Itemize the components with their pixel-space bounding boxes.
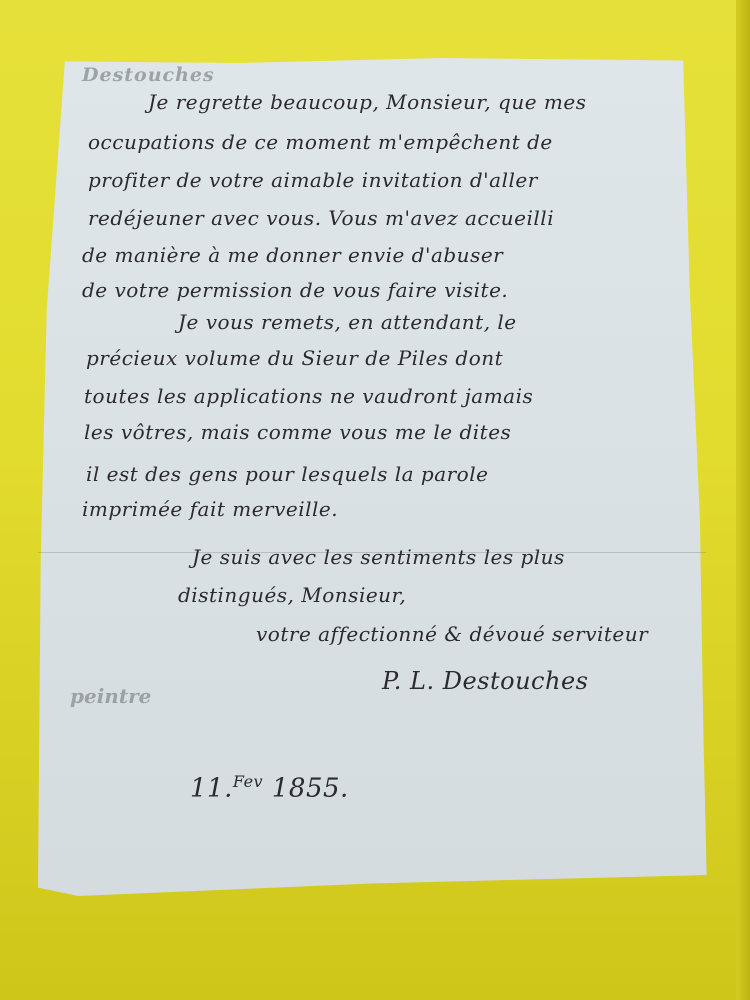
background-edge xyxy=(736,0,750,1000)
letter-line: de votre permission de vous faire visite… xyxy=(82,278,508,302)
date-month: Fev xyxy=(233,772,263,791)
pencil-annotation-name: Destouches xyxy=(82,64,215,86)
pencil-annotation-profession: peintre xyxy=(70,684,151,708)
closing-line: distingués, Monsieur, xyxy=(178,583,406,607)
date-day: 11. xyxy=(190,774,233,804)
closing-line: votre affectionné & dévoué serviteur xyxy=(256,622,648,646)
letter-line: précieux volume du Sieur de Piles dont xyxy=(86,346,503,370)
signature: P. L. Destouches xyxy=(382,667,588,695)
letter-line: les vôtres, mais comme vous me le dites xyxy=(84,420,511,444)
letter-line: imprimée fait merveille. xyxy=(82,497,338,521)
letter-line: Je vous remets, en attendant, le xyxy=(178,310,517,334)
letter-line: il est des gens pour lesquels la parole xyxy=(86,462,488,486)
letter-line: redéjeuner avec vous. Vous m'avez accuei… xyxy=(88,206,554,230)
letter-line: profiter de votre aimable invitation d'a… xyxy=(88,168,538,192)
letter-line: Je regrette beaucoup, Monsieur, que mes xyxy=(148,90,586,114)
letter-date: 11.Fev 1855. xyxy=(190,772,349,804)
date-year: 1855. xyxy=(272,774,349,804)
letter-line: toutes les applications ne vaudront jama… xyxy=(84,384,533,408)
closing-line: Je suis avec les sentiments les plus xyxy=(192,545,565,569)
letter-line: de manière à me donner envie d'abuser xyxy=(82,243,503,267)
letter-line: occupations de ce moment m'empêchent de xyxy=(88,130,553,154)
